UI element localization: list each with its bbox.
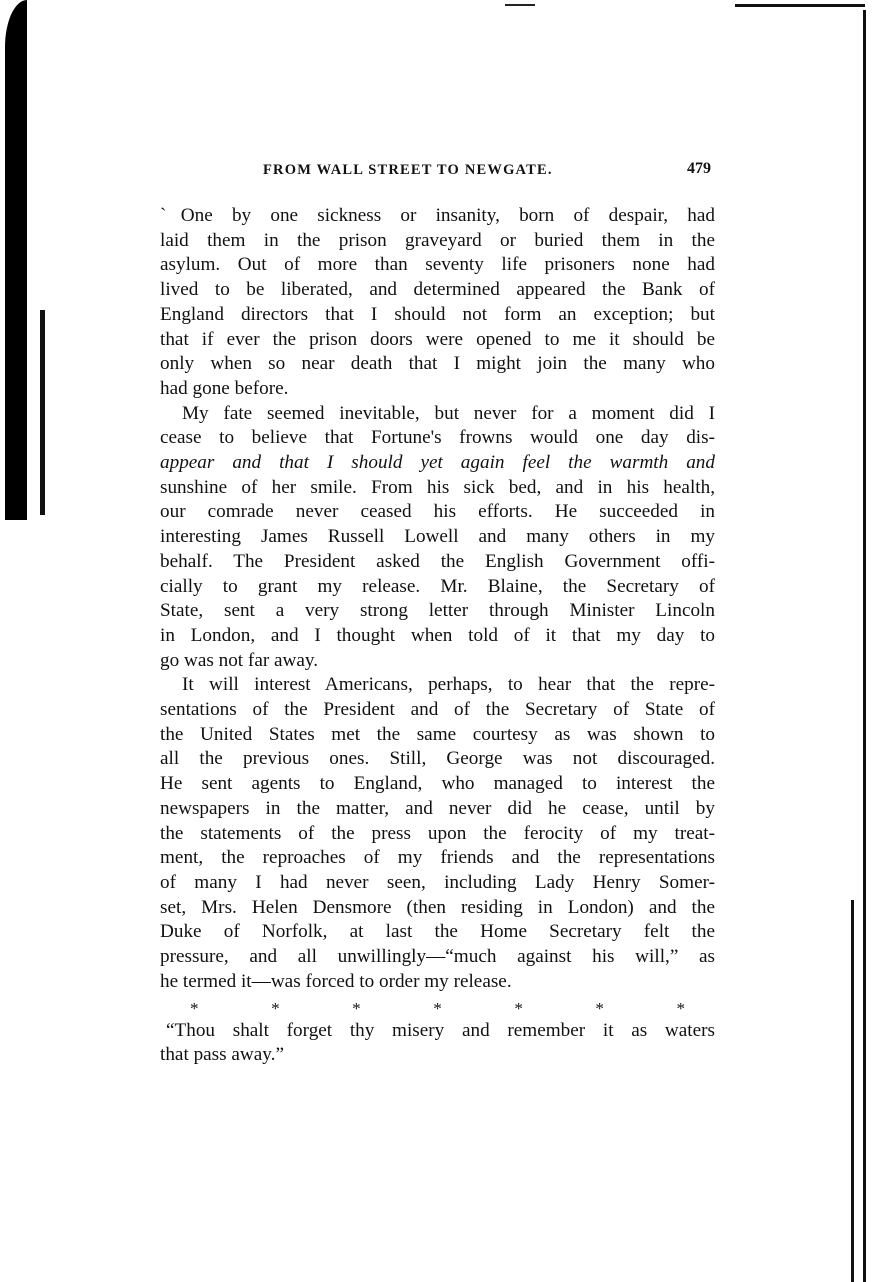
text-line: go was not far away. (160, 649, 715, 674)
asterisk: * (595, 995, 604, 1019)
closing-quote: “Thou shalt forget thy misery and rememb… (160, 1019, 715, 1068)
text-line: he termed it—was forced to order my rele… (160, 970, 715, 995)
asterisk: * (433, 995, 442, 1019)
text-line: State, sent a very strong letter through… (160, 599, 715, 624)
section-break: * * * * * * * (160, 995, 715, 1019)
text-line: in London, and I thought when told of it… (160, 624, 715, 649)
page-number: 479 (687, 160, 711, 178)
text-line: all the previous ones. Still, George was… (160, 747, 715, 772)
text-line: interesting James Russell Lowell and man… (160, 525, 715, 550)
asterisk: * (676, 995, 685, 1019)
text-line: had gone before. (160, 377, 715, 402)
text-line: pressure, and all unwillingly—“much agai… (160, 945, 715, 970)
text-line: He sent agents to England, who managed t… (160, 772, 715, 797)
text-line: the United States met the same courtesy … (160, 723, 715, 748)
text-line: newspapers in the matter, and never did … (160, 797, 715, 822)
paragraph-1: ˋOne by one sickness or insanity, born o… (160, 204, 715, 402)
book-page: FROM WALL STREET TO NEWGATE. 479 ˋOne by… (160, 158, 715, 1068)
text-line: “Thou shalt forget thy misery and rememb… (160, 1019, 715, 1044)
text-line: Duke of Norfolk, at last the Home Secret… (160, 920, 715, 945)
text-line: sunshine of her smile. From his sick bed… (160, 476, 715, 501)
scan-edge-right-inner (851, 900, 854, 1282)
asterisk: * (514, 995, 523, 1019)
scan-edge-top-right (735, 4, 865, 7)
scan-mark-top (505, 4, 535, 6)
text-line: cially to grant my release. Mr. Blaine, … (160, 575, 715, 600)
scan-edge-left (5, 0, 27, 520)
text-line: the statements of the press upon the fer… (160, 822, 715, 847)
running-head: FROM WALL STREET TO NEWGATE. 479 (160, 158, 715, 188)
text-line: ˋOne by one sickness or insanity, born o… (160, 204, 715, 229)
text-line: only when so near death that I might joi… (160, 352, 715, 377)
text-line: England directors that I should not form… (160, 303, 715, 328)
text-line: asylum. Out of more than seventy life pr… (160, 253, 715, 278)
text-line-italic: appear and that I should yet again feel … (160, 451, 715, 476)
text-line: our comrade never ceased his efforts. He… (160, 500, 715, 525)
text-line: set, Mrs. Helen Densmore (then residing … (160, 896, 715, 921)
text-line: of many I had never seen, including Lady… (160, 871, 715, 896)
asterisk: * (271, 995, 280, 1019)
text-line: ment, the reproaches of my friends and t… (160, 846, 715, 871)
text-line: sentations of the President and of the S… (160, 698, 715, 723)
text-line: laid them in the prison graveyard or bur… (160, 229, 715, 254)
scan-edge-right (863, 10, 866, 1282)
asterisk: * (190, 995, 199, 1019)
text-line: It will interest Americans, perhaps, to … (160, 673, 715, 698)
paragraph-3: It will interest Americans, perhaps, to … (160, 673, 715, 994)
asterisk: * (352, 995, 361, 1019)
scan-edge-left-inner (40, 310, 45, 515)
text-line: My fate seemed inevitable, but never for… (160, 402, 715, 427)
text-line: that if ever the prison doors were opene… (160, 328, 715, 353)
page-body: ˋOne by one sickness or insanity, born o… (160, 204, 715, 1068)
text-line: that pass away.” (160, 1043, 715, 1068)
running-title: FROM WALL STREET TO NEWGATE. (263, 162, 553, 179)
text-line: behalf. The President asked the English … (160, 550, 715, 575)
text-line: lived to be liberated, and determined ap… (160, 278, 715, 303)
paragraph-2: My fate seemed inevitable, but never for… (160, 402, 715, 674)
text-line: cease to believe that Fortune's frowns w… (160, 426, 715, 451)
